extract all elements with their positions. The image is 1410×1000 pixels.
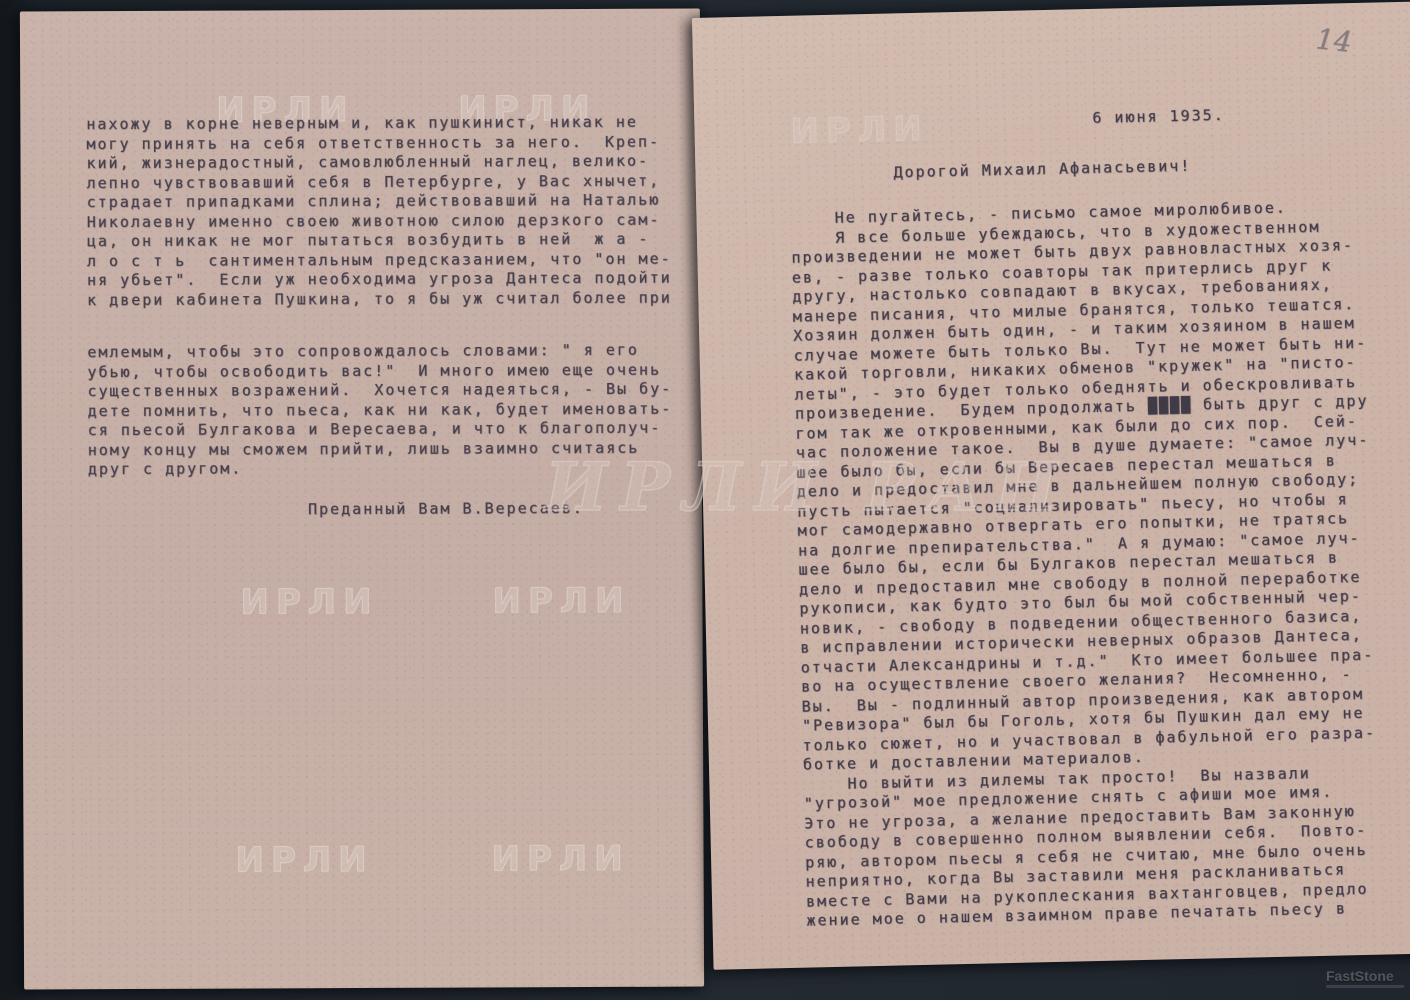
text-line: л о с т ь сантиментальным предсказанием,…	[87, 249, 672, 271]
paragraph-continuation: нахожу в корне неверным и, как пушкинист…	[86, 113, 671, 311]
text-line: к двери кабинета Пушкина, то я бы уж счи…	[87, 288, 672, 310]
text-line: друг с другом.	[88, 458, 673, 480]
letter-salutation: Дорогой Михаил Афанасьевич!	[893, 157, 1191, 183]
archive-watermark: ИРЛИ	[492, 581, 630, 622]
archive-watermark: ИРЛИ	[235, 840, 373, 881]
scanned-letters-photo: ИРЛИ ИРЛИ ИРЛИ ИРЛИ ИРЛИ ИРЛИ нахожу в к…	[0, 0, 1410, 1000]
text-line: могу принять на себя ответственность за …	[86, 132, 671, 154]
letter-page-right: ИРЛИ 6 июня 1935. Дорогой Михаил Афанась…	[692, 1, 1410, 969]
text-line: ца, он никак не мог пытаться возбудить в…	[87, 230, 672, 252]
faststone-viewer-watermark: FastStone	[1326, 968, 1404, 988]
faststone-url-bar	[1326, 985, 1404, 988]
archive-watermark: ИРЛИ	[491, 839, 629, 880]
text-line: нахожу в корне неверным и, как пушкинист…	[86, 113, 671, 135]
text-line: кий, жизнерадостный, самовлюбленный нагл…	[86, 152, 671, 174]
text-line: ному концу мы сможем прийти, лишь взаимн…	[88, 438, 673, 460]
text-line: ся пьесой Булгакова и Вересаева, и что к…	[88, 419, 673, 441]
paragraph-closing: емлемым, чтобы это сопровождалось словам…	[87, 341, 672, 480]
letter-date: 6 июня 1935.	[1092, 106, 1225, 128]
text-line: страдает припадками сплина; действовавши…	[87, 191, 672, 213]
archive-watermark: ИРЛИ	[790, 109, 929, 152]
archive-watermark: ИРЛИ	[240, 582, 378, 623]
text-line: емлемым, чтобы это сопровождалось словам…	[87, 341, 672, 363]
text-line: убью, чтобы освободить вас!" И много име…	[87, 360, 672, 382]
text-line: существенных возражений. Хочется надеять…	[87, 380, 672, 402]
letter-body: Не пугайтесь, - письмо самое миролюбивое…	[790, 197, 1380, 931]
text-line: дете помнить, что пьеса, как ни как, буд…	[88, 399, 673, 421]
handwritten-page-number: 14	[1314, 22, 1353, 59]
faststone-label: FastStone	[1326, 968, 1394, 984]
letter-page-left: ИРЛИ ИРЛИ ИРЛИ ИРЛИ ИРЛИ ИРЛИ нахожу в к…	[20, 9, 704, 990]
text-line: ня убьет". Если уж необходима угроза Дан…	[87, 269, 672, 291]
signature-line: Преданный Вам В.Вересаев.	[308, 499, 584, 520]
text-line: лепно чувствовавший себя в Петербурге, у…	[87, 171, 672, 193]
text-line: Николаевну именно своею животною силою д…	[87, 210, 672, 232]
